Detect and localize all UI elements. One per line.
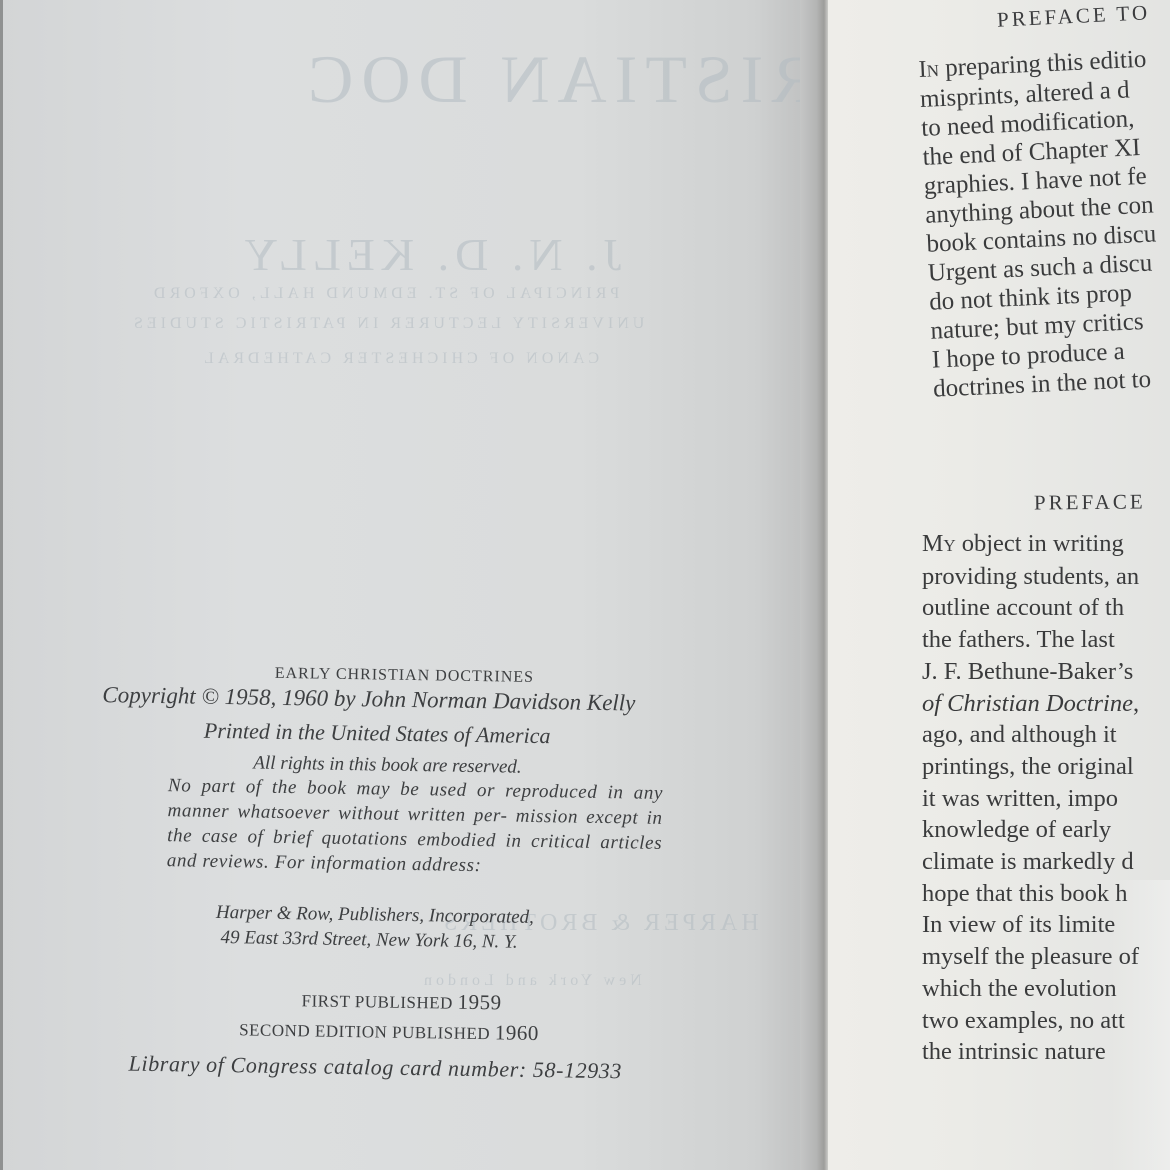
text-line: which the evolution [922,973,1139,1005]
page-edge [0,0,3,1170]
second-edition: SECOND EDITION PUBLISHED 1960 [239,1016,539,1046]
publisher-address-line: 49 East 33rd Street, New York 16, N. Y. [220,927,517,954]
text-line: providing students, an [922,561,1139,593]
text-line: the intrinsic nature [922,1036,1139,1068]
text-line: the fathers. The last [922,624,1139,656]
copyright-line: Copyright © 1958, 1960 by John Norman Da… [102,682,635,716]
publisher-address-line: Harper & Row, Publishers, Incorporated, [216,902,534,929]
book-gutter [800,0,830,1170]
text-line: myself the pleasure of [922,941,1139,973]
preface-text: My object in writing providing students,… [922,528,1139,1068]
show-through-line: CANON OF CHICHESTER CATHEDRAL [200,350,599,368]
text-line: climate is markedly d [922,846,1139,878]
preface-second-edition-text: In preparing this editio misprints, alte… [918,45,1163,404]
left-page-copyright: CHRISTIAN DOC J. N. D. KELLY PRINCIPAL O… [0,0,820,1170]
text-line: printings, the original [922,751,1139,783]
text-line: knowledge of early [922,814,1139,846]
second-edition-label: SECOND EDITION PUBLISHED [239,1020,490,1043]
text-line: In view of its limite [922,909,1139,941]
show-through-publisher-place: New York and London [420,972,642,990]
text-line: outline account of th [922,592,1139,624]
text-line: hope that this book h [922,878,1139,910]
text-line: of Christian Doctrine, [922,688,1139,720]
show-through-author: J. N. D. KELLY [238,228,621,281]
text-line: ago, and although it [922,719,1139,751]
show-through-line: UNIVERSITY LECTURER IN PATRISTIC STUDIES [130,315,644,333]
book-title: EARLY CHRISTIAN DOCTRINES [275,665,535,687]
text-line: two examples, no att [922,1005,1139,1037]
preface-heading: PREFACE [1034,490,1146,516]
permission-paragraph: No part of the book may be used or repro… [167,773,664,881]
first-published-year: 1959 [457,990,501,1015]
second-edition-year: 1960 [495,1020,539,1045]
printed-line: Printed in the United States of America [204,718,551,749]
text-line: J. F. Bethune-Baker’s [922,656,1139,688]
first-published-label: FIRST PUBLISHED [301,991,453,1012]
first-published: FIRST PUBLISHED 1959 [301,987,501,1015]
text-line: My object in writing [922,528,1139,561]
show-through-line: PRINCIPAL OF ST. EDMUND HALL, OXFORD [150,285,619,303]
text-line: it was written, impo [922,783,1139,815]
loc-catalog-line: Library of Congress catalog card number:… [128,1051,622,1085]
copyright-block: EARLY CHRISTIAN DOCTRINES Copyright © 19… [95,658,735,668]
